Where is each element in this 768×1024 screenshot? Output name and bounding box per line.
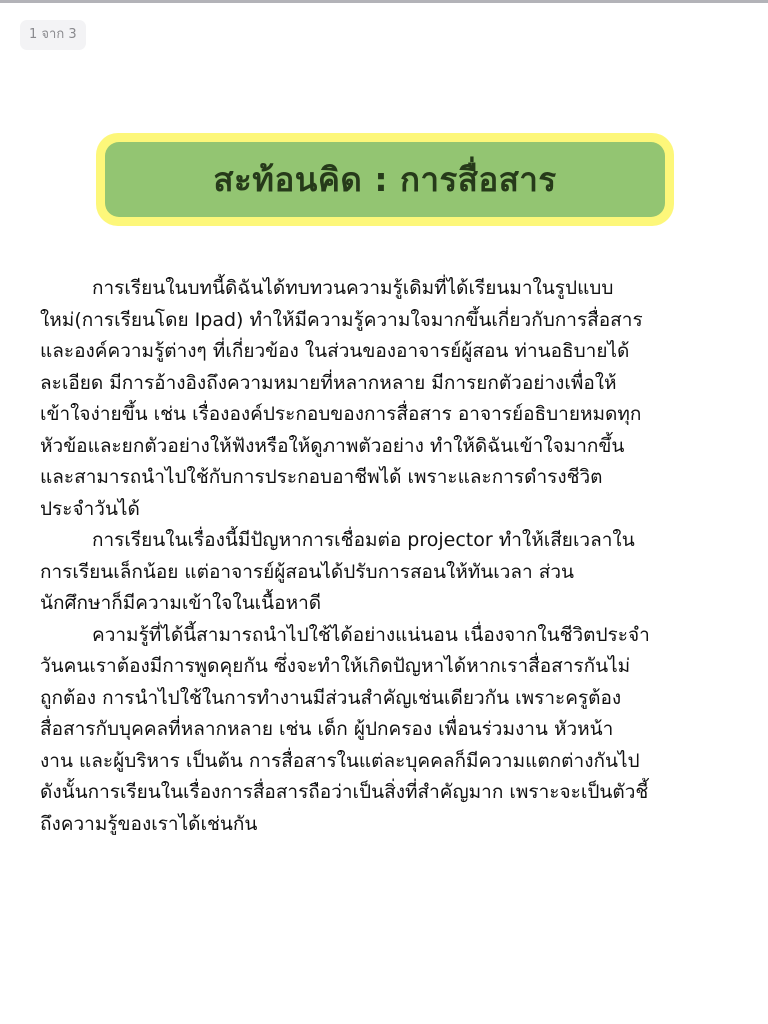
title-banner: สะท้อนคิด : การสื่อสาร [96, 133, 674, 226]
text-line: ละเอียด มีการอ้างอิงถึงความหมายที่หลากหล… [40, 368, 740, 400]
text-line: งาน และผู้บริหาร เป็นต้น การสื่อสารในแต่… [40, 746, 740, 778]
text-line: การเรียนในเรื่องนี้มีปัญหาการเชื่อมต่อ p… [40, 525, 740, 557]
text-line: และองค์ความรู้ต่างๆ ที่เกี่ยวข้อง ในส่วน… [40, 336, 740, 368]
text-line: และสามารถนำไปใช้กับการประกอบอาชีพได้ เพร… [40, 462, 740, 494]
page-indicator: 1 จาก 3 [20, 20, 86, 50]
reflection-body: การเรียนในบทนี้ดิฉันได้ทบทวนความรู้เดิมท… [40, 273, 740, 840]
text-line: ประจำวันได้ [40, 494, 740, 526]
text-line: หัวข้อและยกตัวอย่างให้ฟังหรือให้ดูภาพตัว… [40, 431, 740, 463]
page-title: สะท้อนคิด : การสื่อสาร [213, 153, 556, 206]
text-line: เข้าใจง่ายขึ้น เช่น เรื่ององค์ประกอบของก… [40, 399, 740, 431]
text-line: สื่อสารกับบุคคลที่หลากหลาย เช่น เด็ก ผู้… [40, 714, 740, 746]
text-line: ถูกต้อง การนำไปใช้ในการทำงานมีส่วนสำคัญเ… [40, 683, 740, 715]
text-line: การเรียนในบทนี้ดิฉันได้ทบทวนความรู้เดิมท… [40, 273, 740, 305]
text-line: ใหม่(การเรียนโดย Ipad) ทำให้มีความรู้ควา… [40, 305, 740, 337]
text-line: การเรียนเล็กน้อย แต่อาจารย์ผู้สอนได้ปรับ… [40, 557, 740, 589]
viewer-top-bar [0, 0, 768, 3]
text-line: วันคนเราต้องมีการพูดคุยกัน ซึ่งจะทำให้เก… [40, 651, 740, 683]
text-line: ถึงความรู้ของเราได้เช่นกัน [40, 809, 740, 841]
title-box: สะท้อนคิด : การสื่อสาร [105, 142, 665, 217]
text-line: ดังนั้นการเรียนในเรื่องการสื่อสารถือว่าเ… [40, 777, 740, 809]
text-line: ความรู้ที่ได้นี้สามารถนำไปใช้ได้อย่างแน่… [40, 620, 740, 652]
text-line: นักศึกษาก็มีความเข้าใจในเนื้อหาดี [40, 588, 740, 620]
